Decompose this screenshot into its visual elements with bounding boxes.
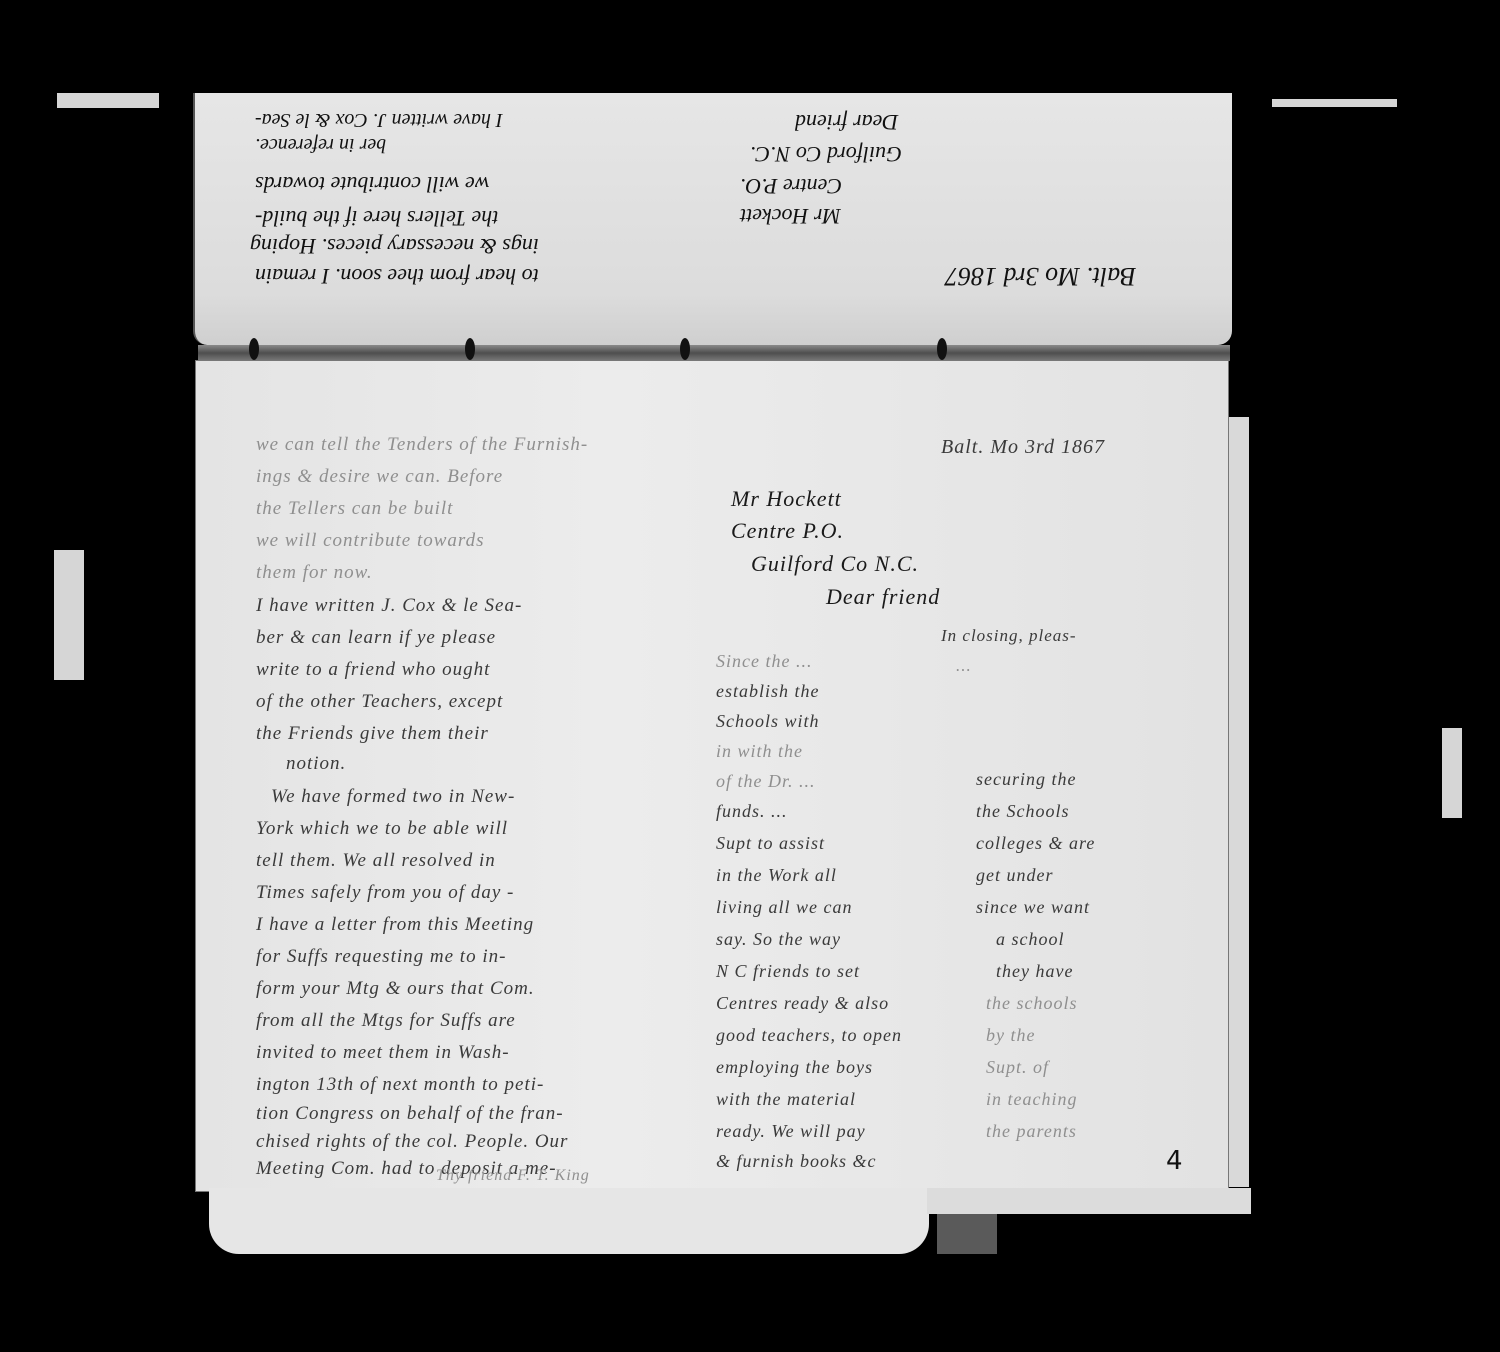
- text-line: I have a letter from this Meeting: [256, 914, 534, 936]
- stitch-mark: [937, 338, 947, 360]
- text-line: employing the boys: [716, 1057, 873, 1078]
- text-line: ington 13th of next month to peti-: [256, 1074, 544, 1096]
- flap-dateline: Balt. Mo 3rd 1867: [945, 261, 1136, 291]
- text-line: ber & can learn if ye please: [256, 627, 496, 649]
- text-line: invited to meet them in Wash-: [256, 1042, 510, 1064]
- stitch-mark: [680, 338, 690, 360]
- text-line: ...: [956, 656, 972, 676]
- text-line: establish the: [716, 681, 820, 702]
- text-line: ings & desire we can. Before: [256, 466, 503, 488]
- text-line: & furnish books &c: [716, 1151, 877, 1172]
- text-line: the parents: [986, 1121, 1077, 1142]
- scan-tab-left: [54, 550, 84, 680]
- text-line: notion.: [286, 753, 346, 775]
- text-line: of the Dr. ...: [716, 771, 816, 792]
- text-line: in teaching: [986, 1089, 1077, 1110]
- lower-sheet-edge: [197, 1188, 1251, 1254]
- stitch-mark: [249, 338, 259, 360]
- text-line: colleges & are: [976, 833, 1095, 854]
- flap-line: we will contribute towards: [255, 171, 489, 197]
- signature: Thy friend F. T. King: [436, 1167, 590, 1185]
- flap-line: to hear from thee soon. I remain: [255, 263, 539, 289]
- text-line: with the material: [716, 1089, 856, 1110]
- flap-address-line: Centre P.O.: [740, 173, 842, 199]
- letter-dateline: Balt. Mo 3rd 1867: [941, 436, 1105, 459]
- text-line: we can tell the Tenders of the Furnish-: [256, 434, 588, 456]
- text-line: them for now.: [256, 562, 373, 584]
- text-line: Supt. of: [986, 1057, 1049, 1078]
- text-line: get under: [976, 865, 1053, 886]
- scan-tab-right: [1442, 728, 1462, 818]
- page-number: 4: [1166, 1146, 1183, 1176]
- text-line: good teachers, to open: [716, 1025, 902, 1046]
- folded-flap: I have written J. Cox & le Sea- ber in r…: [193, 93, 1232, 345]
- text-line: I have written J. Cox & le Sea-: [256, 595, 522, 617]
- address-line: Guilford Co N.C.: [751, 551, 919, 577]
- address-line: Mr Hockett: [731, 486, 842, 512]
- letter-page: Balt. Mo 3rd 1867 Mr Hockett Centre P.O.…: [195, 360, 1229, 1192]
- text-line: the Tellers can be built: [256, 498, 453, 520]
- text-line: a school: [996, 929, 1065, 950]
- text-line: living all we can: [716, 897, 852, 918]
- text-line: the Friends give them their: [256, 723, 489, 745]
- text-line: ready. We will pay: [716, 1121, 866, 1142]
- flap-address-line: Guilford Co N.C.: [750, 141, 902, 167]
- text-line: we will contribute towards: [256, 530, 485, 552]
- text-line: from all the Mtgs for Suffs are: [256, 1010, 516, 1032]
- text-line: Supt to assist: [716, 833, 825, 854]
- flap-line: ber in reference.: [255, 133, 386, 156]
- address-line: Centre P.O.: [731, 518, 844, 544]
- text-line: in with the: [716, 741, 803, 762]
- text-line: of the other Teachers, except: [256, 691, 503, 713]
- text-line: tion Congress on behalf of the fran-: [256, 1103, 564, 1125]
- sheet-shadow: [937, 1214, 997, 1254]
- text-line: write to a friend who ought: [256, 659, 490, 681]
- lower-sheet-strip: [927, 1188, 1251, 1214]
- lower-sheet-tab: [209, 1188, 929, 1254]
- flap-line: I have written J. Cox & le Sea-: [255, 108, 503, 131]
- text-line: chised rights of the col. People. Our: [256, 1131, 568, 1153]
- scan-tab-top-left: [57, 93, 159, 108]
- text-line: since we want: [976, 897, 1090, 918]
- text-line: they have: [996, 961, 1073, 982]
- flap-address-line: Mr Hockett: [740, 203, 841, 229]
- text-line: by the: [986, 1025, 1035, 1046]
- scan-tab-top-right: [1272, 99, 1397, 107]
- text-line: form your Mtg & ours that Com.: [256, 978, 535, 1000]
- text-line: tell them. We all resolved in: [256, 850, 496, 872]
- text-line: Since the ...: [716, 651, 812, 672]
- text-line: say. So the way: [716, 929, 841, 950]
- flap-address-line: Dear friend: [795, 109, 898, 135]
- stitch-mark: [465, 338, 475, 360]
- text-line: funds. ...: [716, 801, 788, 822]
- text-line: N C friends to set: [716, 961, 860, 982]
- address-line: Dear friend: [826, 584, 940, 610]
- text-line: Times safely from you of day -: [256, 882, 514, 904]
- text-line: for Suffs requesting me to in-: [256, 946, 506, 968]
- text-line: In closing, pleas-: [941, 626, 1077, 646]
- flap-line: ings & necessary pieces. Hoping: [250, 233, 539, 259]
- text-line: the schools: [986, 993, 1078, 1014]
- text-line: in the Work all: [716, 865, 837, 886]
- flap-line: the Tellers here if the build-: [255, 205, 498, 231]
- text-line: York which we to be able will: [256, 818, 508, 840]
- text-line: We have formed two in New-: [271, 786, 515, 808]
- text-line: securing the: [976, 769, 1076, 790]
- text-line: Schools with: [716, 711, 820, 732]
- text-line: the Schools: [976, 801, 1070, 822]
- binding-strip: [198, 345, 1230, 361]
- text-line: Centres ready & also: [716, 993, 889, 1014]
